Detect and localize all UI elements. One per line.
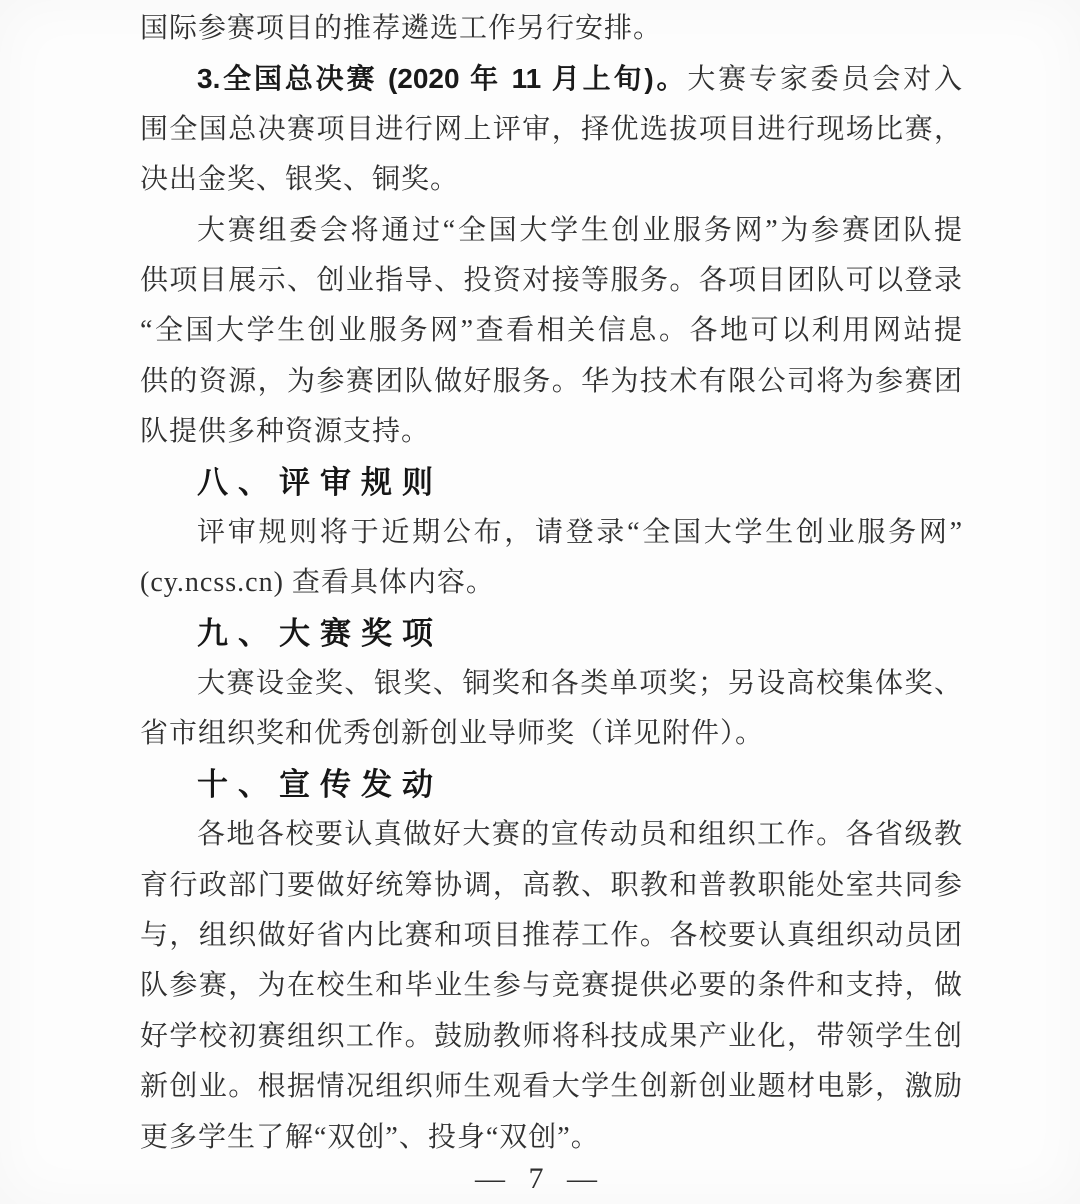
doc-line: 围全国总决赛项目进行网上评审，择优选拔项目进行现场比赛， [140, 105, 962, 155]
heading-competition-awards: 九、大赛奖项 [140, 609, 962, 659]
document-text-block: 国际参赛项目的推荐遴选工作另行安排。 3.全国总决赛 (2020 年 11 月上… [140, 4, 962, 1163]
doc-line: 国际参赛项目的推荐遴选工作另行安排。 [140, 4, 962, 54]
doc-line: 更多学生了解“双创”、投身“双创”。 [140, 1113, 962, 1163]
doc-line: 好学校初赛组织工作。鼓励教师将科技成果产业化，带领学生创 [140, 1012, 962, 1062]
doc-line: 大赛组委会将通过“全国大学生创业服务网”为参赛团队提 [140, 206, 962, 256]
doc-line-final-round: 3.全国总决赛 (2020 年 11 月上旬)。大赛专家委员会对入 [140, 54, 962, 104]
doc-line: 各地各校要认真做好大赛的宣传动员和组织工作。各省级教 [140, 810, 962, 860]
page-number: — 7 — [0, 1162, 1080, 1196]
doc-line: 大赛设金奖、银奖、铜奖和各类单项奖；另设高校集体奖、 [140, 659, 962, 709]
doc-line: “全国大学生创业服务网”查看相关信息。各地可以利用网站提 [140, 306, 962, 356]
doc-line: 新创业。根据情况组织师生观看大学生创新创业题材电影，激励 [140, 1062, 962, 1112]
doc-line: 供的资源，为参赛团队做好服务。华为技术有限公司将为参赛团 [140, 357, 962, 407]
heading-publicity-mobilization: 十、宣传发动 [140, 760, 962, 810]
document-page: 国际参赛项目的推荐遴选工作另行安排。 3.全国总决赛 (2020 年 11 月上… [0, 0, 1080, 1204]
doc-line-website-url: (cy.ncss.cn) 查看具体内容。 [140, 558, 962, 608]
heading-review-rules: 八、评审规则 [140, 458, 962, 508]
doc-line: 供项目展示、创业指导、投资对接等服务。各项目团队可以登录 [140, 256, 962, 306]
doc-line: 决出金奖、银奖、铜奖。 [140, 155, 962, 205]
doc-line: 队提供多种资源支持。 [140, 407, 962, 457]
doc-line-text: 大赛专家委员会对入 [687, 64, 962, 95]
bold-lead-final-round: 3.全国总决赛 (2020 年 11 月上旬)。 [197, 63, 687, 94]
doc-line: 育行政部门要做好统筹协调，高教、职教和普教职能处室共同参 [140, 861, 962, 911]
doc-line: 队参赛，为在校生和毕业生参与竞赛提供必要的条件和支持，做 [140, 961, 962, 1011]
doc-line: 评审规则将于近期公布，请登录“全国大学生创业服务网” [140, 508, 962, 558]
doc-line: 省市组织奖和优秀创新创业导师奖（详见附件）。 [140, 709, 962, 759]
doc-line: 与，组织做好省内比赛和项目推荐工作。各校要认真组织动员团 [140, 911, 962, 961]
